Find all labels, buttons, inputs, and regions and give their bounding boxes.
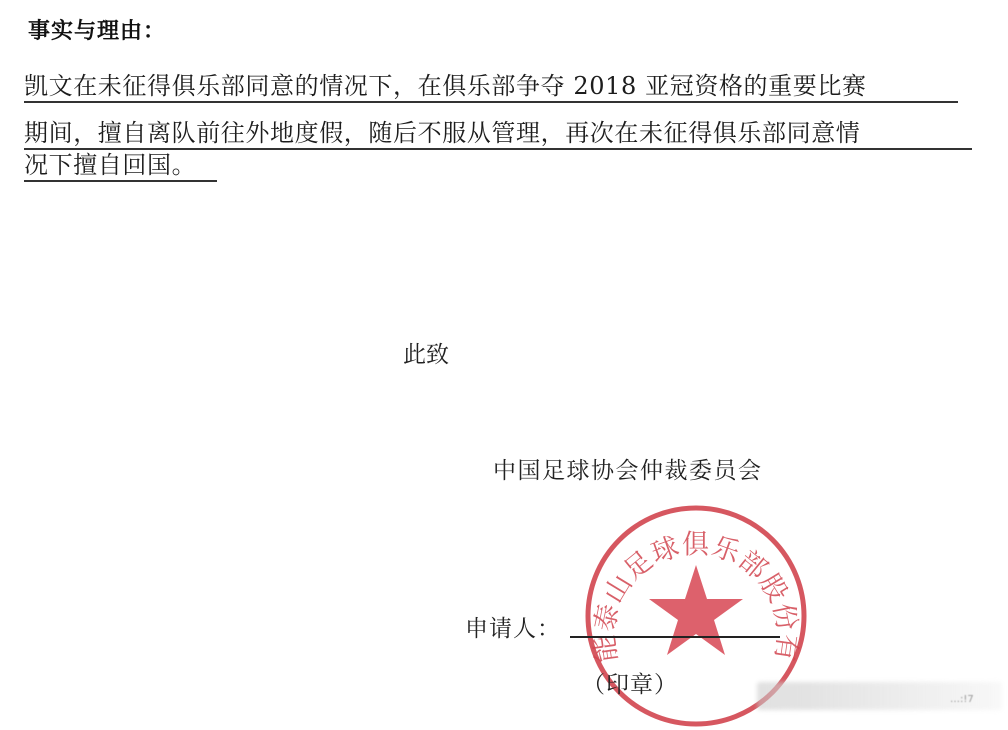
seal-note: （印章）: [582, 666, 678, 699]
applicant-label: 申请人：: [465, 610, 561, 643]
body-line-3: 况下擅自回国。: [24, 150, 217, 182]
body-line-1: 凯文在未征得俱乐部同意的情况下，在俱乐部争夺 2018 亚冠资格的重要比赛: [24, 71, 958, 103]
recipient-organization: 中国足球协会仲裁委员会: [493, 452, 763, 485]
signature-line: [570, 636, 780, 638]
body-line-2: 期间，擅自离队前往外地度假，随后不服从管理，再次在未征得俱乐部同意情: [24, 118, 972, 150]
section-heading: 事实与理由：: [28, 14, 166, 45]
watermark-text: …:!7: [950, 694, 974, 705]
closing-salutation: 此致: [403, 336, 449, 369]
